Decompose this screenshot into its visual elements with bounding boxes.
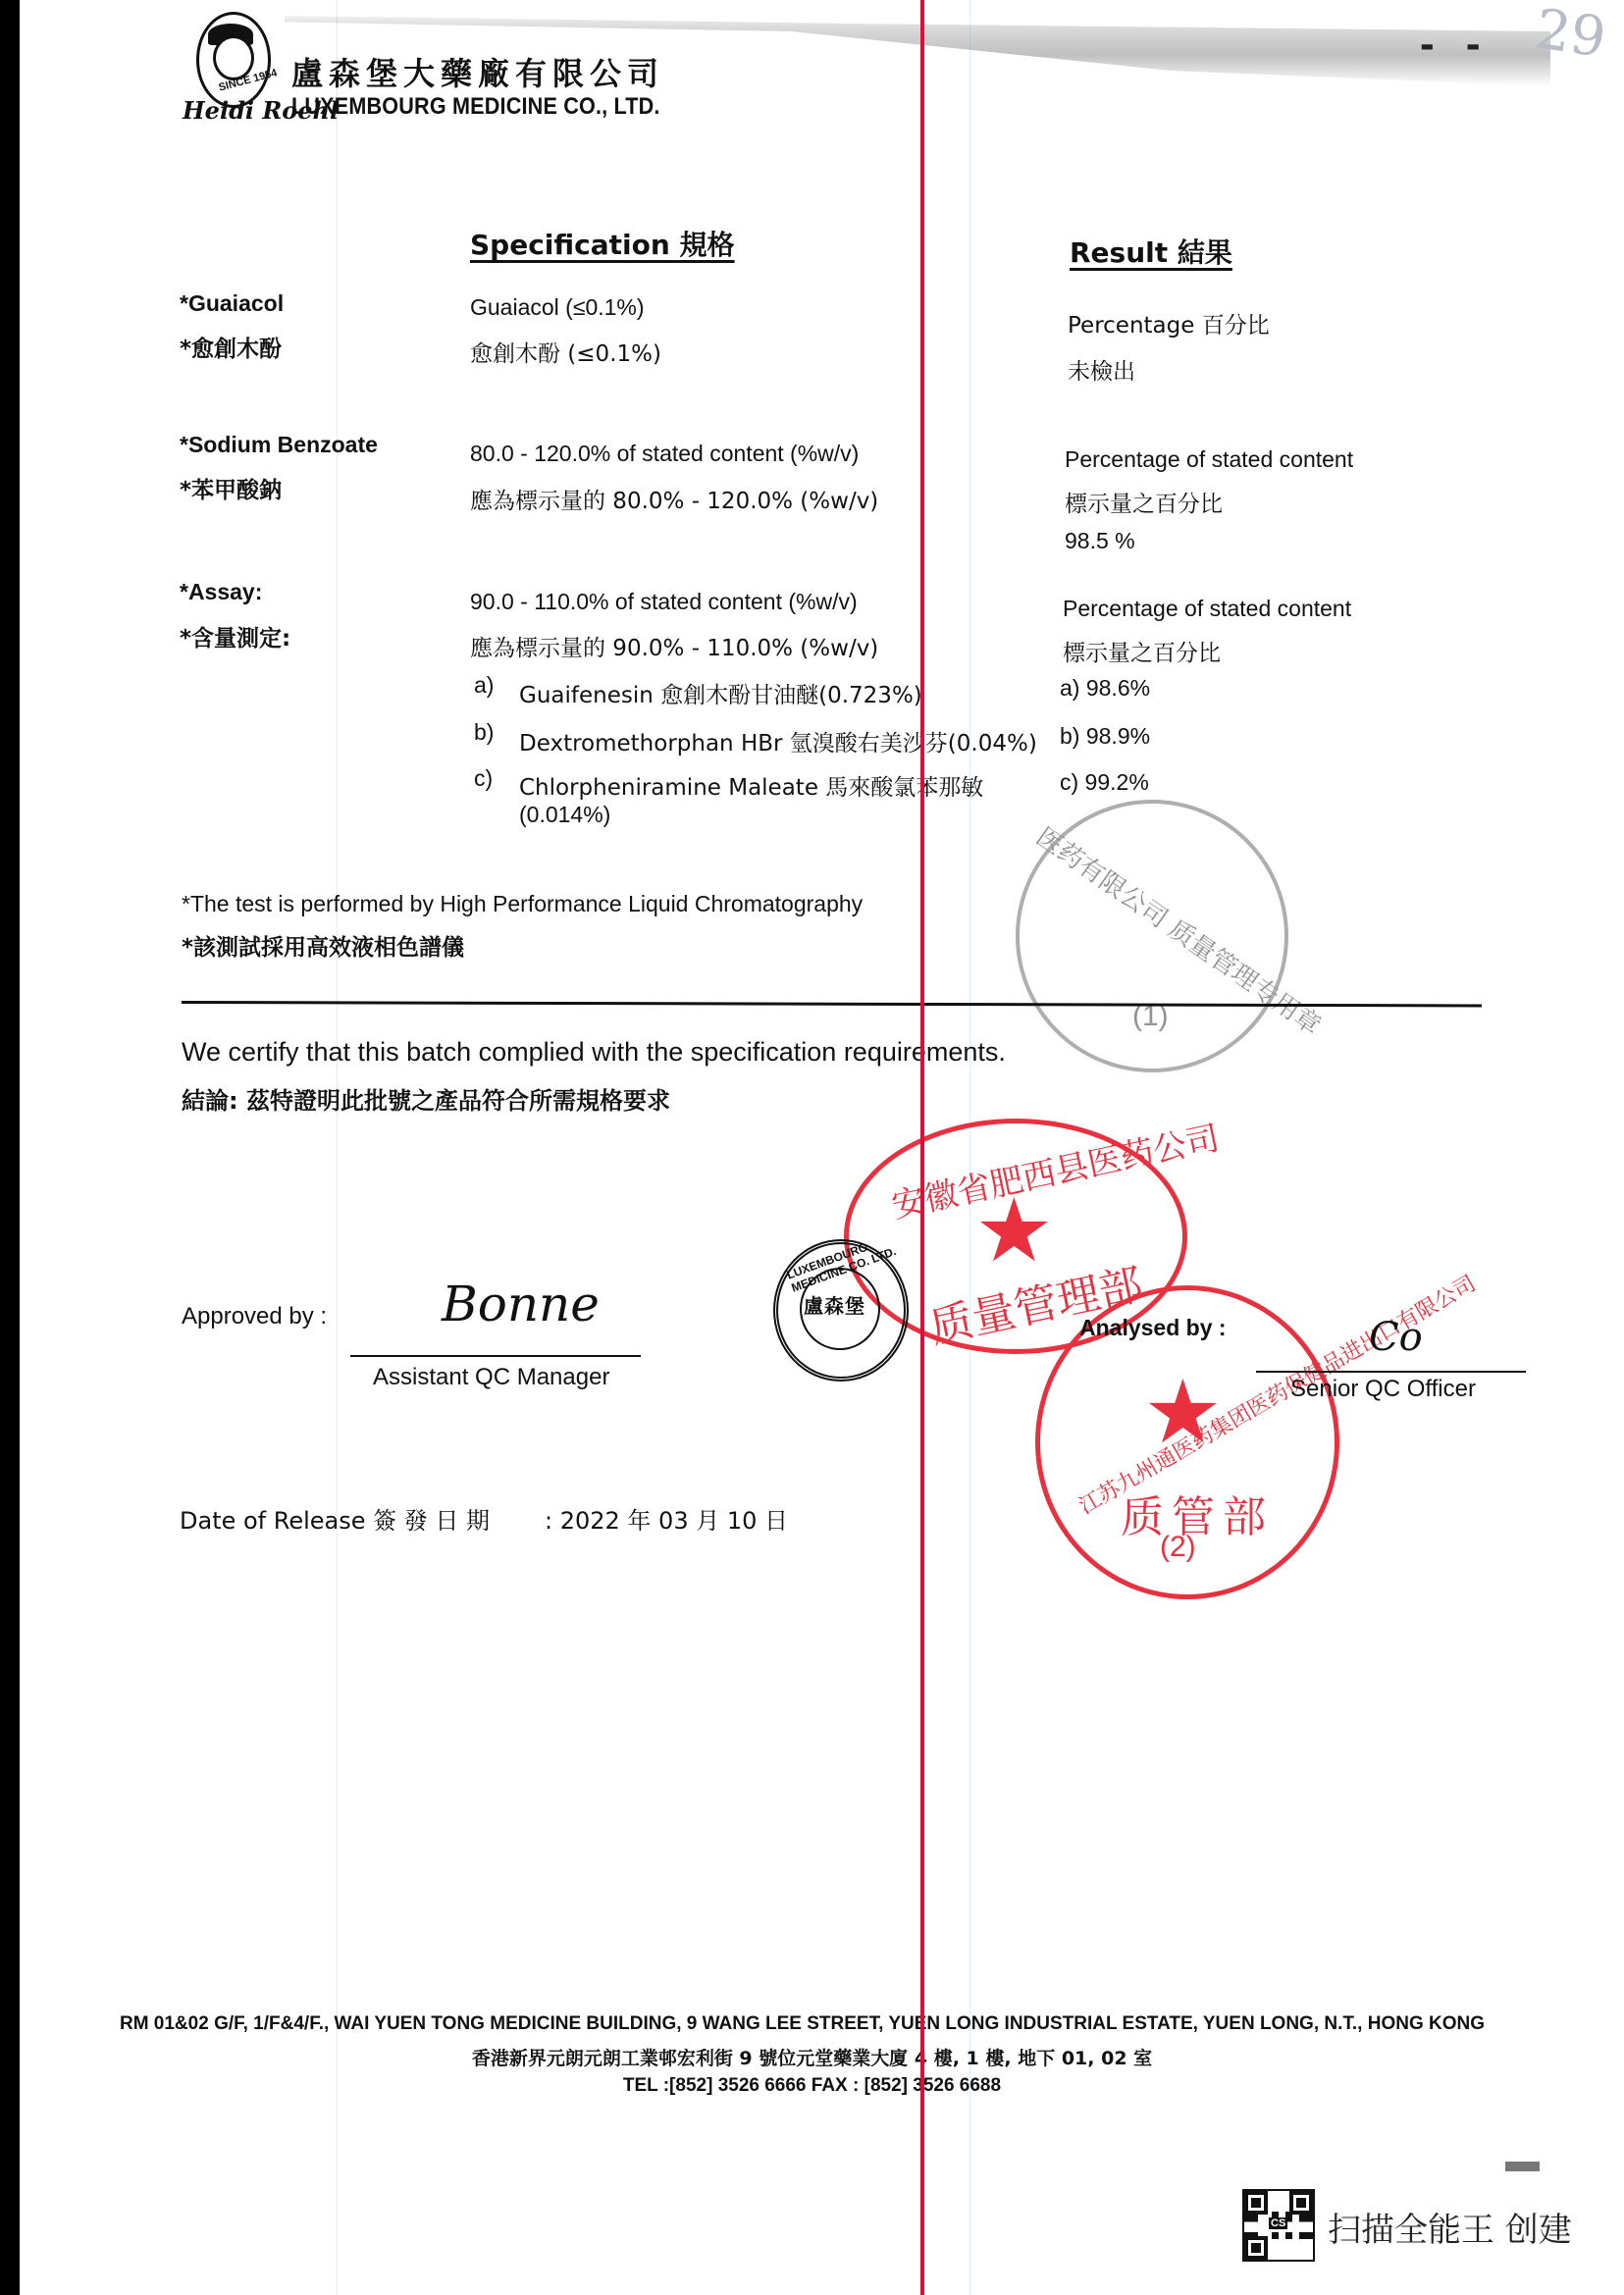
result-label-zh: 標示量之百分比 (1063, 635, 1221, 667)
seal-center-text: 盧森堡 (804, 1290, 865, 1319)
component-result: a) 98.6% (1060, 675, 1150, 702)
scan-left-edge (0, 0, 20, 2295)
company-seal: LUXEMBOURG MEDICINE CO. LTD. 盧森堡 (773, 1239, 909, 1382)
approved-signature: Bonne (442, 1276, 600, 1332)
result-value: 未檢出 (1068, 353, 1135, 386)
test-name-en: *Sodium Benzoate (180, 432, 378, 458)
analysed-by-label: Analysed by : (1079, 1315, 1227, 1341)
scan-artifact-red-line (920, 0, 924, 2295)
test-name-en: *Assay: (180, 579, 262, 605)
result-label-zh: 標示量之百分比 (1065, 486, 1223, 518)
component-name: Guaifenesin 愈創木酚甘油醚(0.723%) (519, 677, 922, 709)
star-icon: ★ (974, 1187, 1054, 1276)
company-name-zh: 盧森堡大藥廠有限公司 (291, 49, 664, 94)
approved-by-label: Approved by : (182, 1303, 327, 1330)
release-date-value: : 2022 年 03 月 10 日 (545, 1501, 788, 1536)
footer-address-zh: 香港新界元朗元朗工業邨宏利街 9 號位元堂藥業大廈 4 樓, 1 樓, 地下 0… (0, 2044, 1624, 2070)
certification-statement-en: We certify that this batch complied with… (182, 1037, 1006, 1068)
test-name-en: *Guaiacol (180, 290, 284, 317)
corner-marks: - - (1420, 20, 1491, 69)
component-result: b) 98.9% (1060, 723, 1150, 750)
component-name-cont: (0.014%) (519, 802, 610, 828)
scanner-text: 扫描全能王 创建 (1328, 2203, 1572, 2251)
handwritten-page-number: 29 (1532, 0, 1610, 71)
result-header: Result 結果 (1070, 232, 1232, 271)
spec-zh: 應為標示量的 80.0% - 120.0% (%w/v) (470, 483, 878, 515)
component-marker: b) (474, 719, 494, 746)
analysed-title: Senior QC Officer (1290, 1376, 1476, 1403)
test-name-zh: *含量測定: (180, 620, 290, 652)
spec-en: Guaiacol (≤0.1%) (470, 294, 645, 321)
stamp-text: 医药有限公司 质量管理专用章 (1030, 817, 1330, 1042)
release-date-label: Date of Release 簽 發 日 期 (180, 1501, 490, 1536)
spec-en: 80.0 - 120.0% of stated content (%w/v) (470, 441, 859, 467)
star-icon: ★ (1143, 1369, 1223, 1457)
qr-finder-icon (1244, 2236, 1268, 2260)
scan-artifact-line (337, 0, 338, 2295)
stamp-arc-text: 安徽省肥西县医药公司 (887, 1111, 1224, 1227)
spec-zh: 愈創木酚 (≤0.1%) (470, 336, 661, 368)
test-name-zh: *愈創木酚 (180, 331, 282, 363)
signature-line (350, 1355, 641, 1357)
certification-statement-zh: 結論: 茲特證明此批號之產品符合所需規格要求 (182, 1081, 670, 1116)
component-result: c) 99.2% (1060, 769, 1149, 796)
spec-zh: 應為標示量的 90.0% - 110.0% (%w/v) (470, 630, 878, 662)
method-note-en: *The test is performed by High Performan… (182, 891, 863, 917)
specification-header: Specification 規格 (470, 224, 735, 263)
result-value: 98.5 % (1065, 528, 1135, 554)
method-note-zh: *該測試採用高效液相色譜儀 (182, 929, 464, 962)
result-label: Percentage 百分比 (1068, 307, 1270, 339)
analysed-signature: Co (1369, 1315, 1423, 1360)
footer-address-en: RM 01&02 G/F, 1/F&4/F., WAI YUEN TONG ME… (0, 2013, 1614, 2035)
signature-line (1256, 1371, 1526, 1373)
stamp-dept: 质管部 (1121, 1482, 1274, 1544)
scan-smudge (1505, 2162, 1540, 2171)
component-marker: a) (474, 672, 494, 699)
quality-stamp-gray: 医药有限公司 质量管理专用章 (1) (1016, 800, 1288, 1072)
company-name-en: LUXEMBOURG MEDICINE CO., LTD. (291, 93, 660, 121)
approved-title: Assistant QC Manager (373, 1364, 609, 1391)
qr-finder-icon (1289, 2191, 1313, 2215)
result-label-en: Percentage of stated content (1063, 596, 1351, 622)
footer-contact: TEL :[852] 3526 6666 FAX : [852] 3526 66… (0, 2075, 1624, 2097)
component-name: Dextromethorphan HBr 氫溴酸右美沙芬(0.04%) (519, 725, 1037, 757)
stamp-number: (2) (1160, 1531, 1196, 1564)
component-marker: c) (474, 765, 493, 792)
spec-en: 90.0 - 110.0% of stated content (%w/v) (470, 589, 858, 615)
qr-finder-icon (1244, 2191, 1268, 2215)
result-label-en: Percentage of stated content (1065, 446, 1353, 473)
component-name: Chlorpheniramine Maleate 馬來酸氯苯那敏 (519, 769, 983, 802)
test-name-zh: *苯甲酸鈉 (180, 472, 282, 504)
qr-label: CS (1269, 2217, 1287, 2229)
